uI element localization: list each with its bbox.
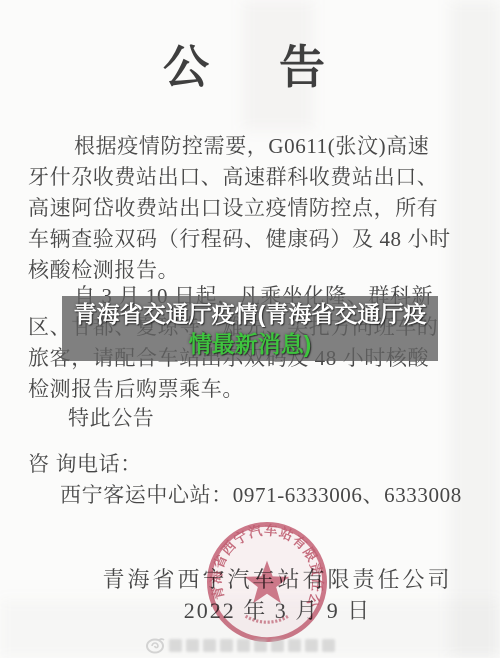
paragraph1-line1: 根据疫情防控需要，G0611(张汶)高速 xyxy=(28,134,500,158)
paragraph1-line4: 车辆查验双码（行程码、健康码）及 48 小时 xyxy=(28,227,468,251)
watermark xyxy=(145,636,335,654)
headline-banner: 青海省交通厅疫情(青海省交通厅疫 情最新消息) xyxy=(62,296,438,361)
watermark-glyph xyxy=(322,639,335,652)
watermark-glyph xyxy=(220,639,233,652)
paragraph1-line5: 核酸检测报告。 xyxy=(28,258,468,282)
paragraph2-line4: 检测报告后购票乘车。 xyxy=(28,377,468,401)
contact-value: 西宁客运中心站：0971-6333006、6333008 xyxy=(28,483,500,507)
watermark-glyph xyxy=(305,639,318,652)
watermark-glyph xyxy=(254,639,267,652)
watermark-glyph xyxy=(271,639,284,652)
watermark-glyph xyxy=(186,639,199,652)
contact-label: 咨 询电话： xyxy=(28,452,468,476)
watermark-glyph xyxy=(237,639,250,652)
notice-document-photo: 公 告 根据疫情防控需要，G0611(张汶)高速 牙什尕收费站出口、高速群科收费… xyxy=(0,0,500,658)
seal-graphic: 青海省西宁汽车站有限责任公司 xyxy=(203,518,331,646)
closing-line: 特此公告 xyxy=(28,406,500,430)
headline-line1: 青海省交通厅疫情(青海省交通厅疫 xyxy=(74,299,427,329)
paragraph1-line3: 高速阿岱收费站出口设立疫情防控点，所有 xyxy=(28,196,468,220)
company-seal: 青海省西宁汽车站有限责任公司 xyxy=(203,518,331,646)
notice-title: 公 告 xyxy=(0,40,500,96)
watermark-glyph xyxy=(288,639,301,652)
weibo-watermark-icon xyxy=(145,636,165,654)
paragraph1-line2: 牙什尕收费站出口、高速群科收费站出口、 xyxy=(28,165,468,189)
headline-line2: 情最新消息) xyxy=(189,329,312,359)
watermark-glyph xyxy=(169,639,182,652)
watermark-glyph xyxy=(203,639,216,652)
